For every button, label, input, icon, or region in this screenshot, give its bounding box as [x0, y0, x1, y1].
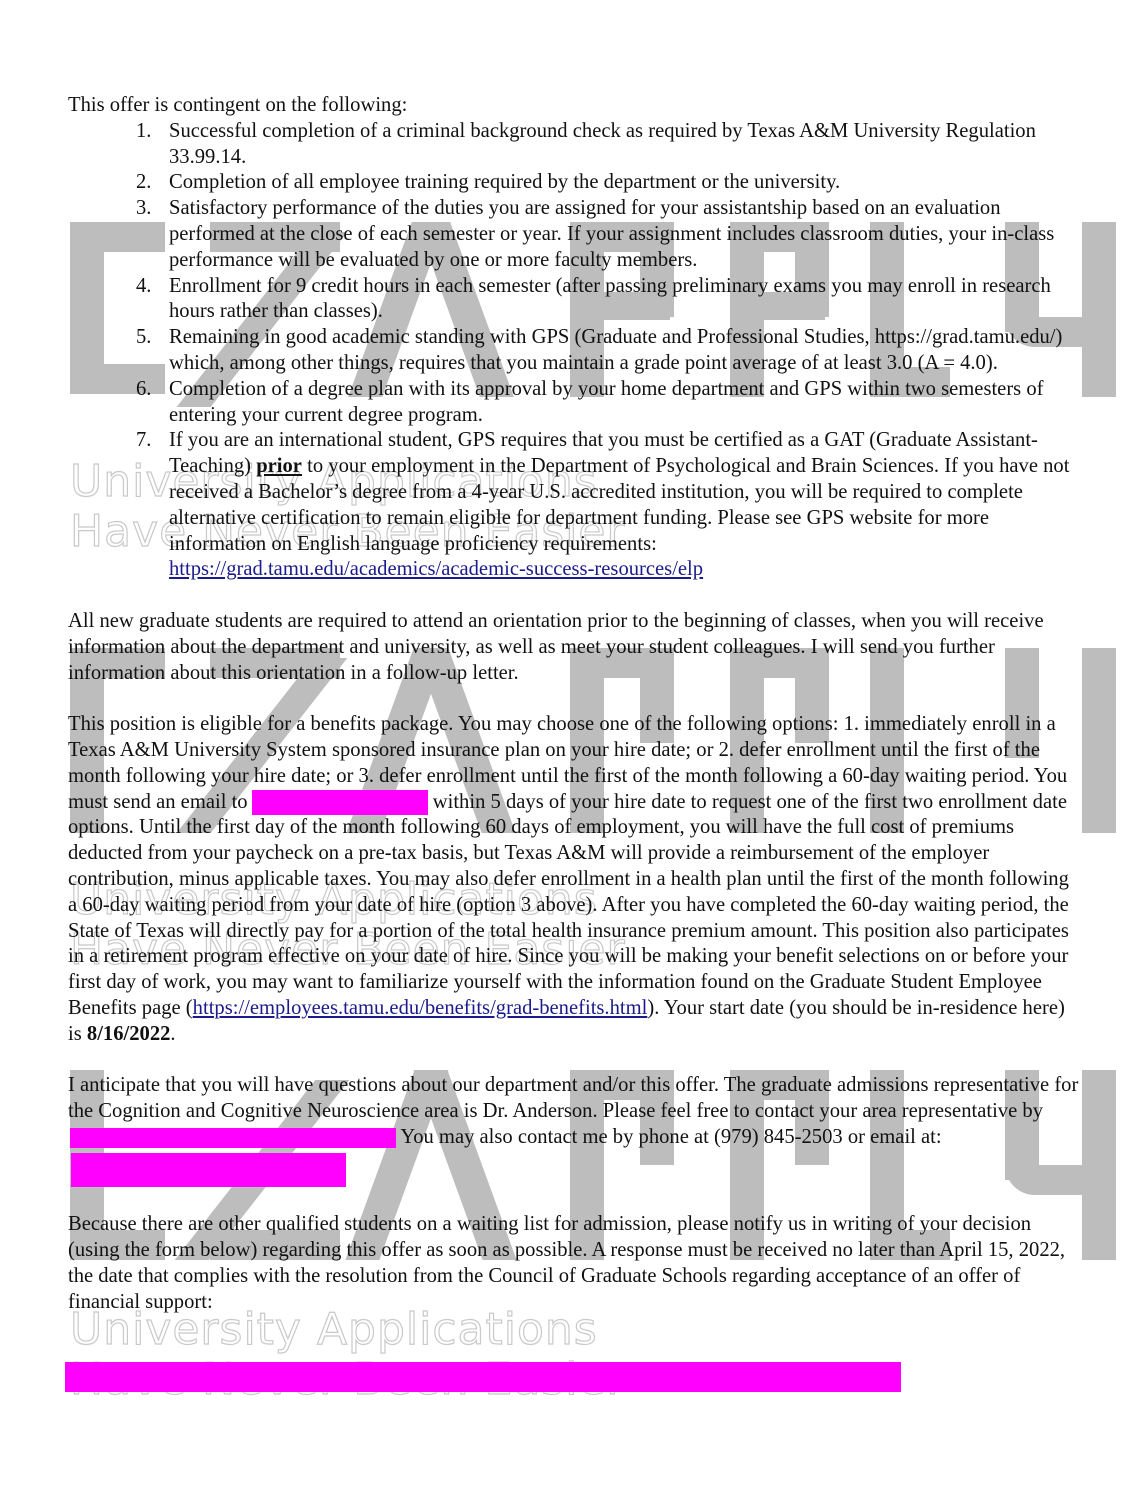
condition-number: 1.: [136, 119, 151, 145]
grad-benefits-link[interactable]: https://employees.tamu.edu/benefits/grad…: [193, 997, 648, 1019]
condition-text: Satisfactory performance of the duties y…: [169, 197, 1054, 271]
emphasis-prior: prior: [256, 455, 302, 477]
condition-text: to your employment in the Department of …: [169, 455, 1069, 554]
contact-paragraph: I anticipate that you will have question…: [68, 1073, 1083, 1186]
benefits-end: .: [170, 1023, 175, 1045]
condition-number: 4.: [136, 274, 151, 300]
condition-number: 6.: [136, 377, 151, 403]
condition-text: Successful completion of a criminal back…: [169, 120, 1036, 168]
conditions-intro: This offer is contingent on the followin…: [68, 93, 1083, 119]
condition-item: 4. Enrollment for 9 credit hours in each…: [68, 274, 1083, 326]
redacted-email: [252, 790, 428, 815]
redacted-representative-contact: [70, 1128, 396, 1148]
condition-item: 5. Remaining in good academic standing w…: [68, 325, 1083, 377]
condition-number: 2.: [136, 170, 151, 196]
deadline-paragraph: Because there are other qualified studen…: [68, 1212, 1083, 1315]
offer-letter-body: This offer is contingent on the followin…: [68, 93, 1083, 1316]
redacted-email: [71, 1153, 346, 1187]
condition-item: 2. Completion of all employee training r…: [68, 170, 1083, 196]
condition-item: 3. Satisfactory performance of the dutie…: [68, 196, 1083, 273]
condition-text: Remaining in good academic standing with…: [169, 326, 1062, 374]
condition-item: 7. If you are an international student, …: [68, 428, 1083, 583]
contact-text: I anticipate that you will have question…: [68, 1074, 1078, 1122]
orientation-paragraph: All new graduate students are required t…: [68, 609, 1083, 686]
contact-text: You may also contact me by phone at (979…: [396, 1126, 942, 1148]
condition-number: 3.: [136, 196, 151, 222]
elp-requirements-link[interactable]: https://grad.tamu.edu/academics/academic…: [169, 558, 703, 580]
condition-item: 1. Successful completion of a criminal b…: [68, 119, 1083, 171]
condition-number: 7.: [136, 428, 151, 454]
benefits-text: within 5 days of your hire date to reque…: [68, 791, 1069, 1019]
start-date: 8/16/2022: [87, 1023, 171, 1045]
redacted-block: [65, 1362, 901, 1392]
condition-text: Completion of all employee training requ…: [169, 171, 840, 193]
condition-number: 5.: [136, 325, 151, 351]
condition-text: Enrollment for 9 credit hours in each se…: [169, 275, 1051, 323]
conditions-list: 1. Successful completion of a criminal b…: [68, 119, 1083, 583]
condition-text: Completion of a degree plan with its app…: [169, 378, 1044, 426]
condition-item: 6. Completion of a degree plan with its …: [68, 377, 1083, 429]
benefits-paragraph: This position is eligible for a benefits…: [68, 712, 1083, 1047]
